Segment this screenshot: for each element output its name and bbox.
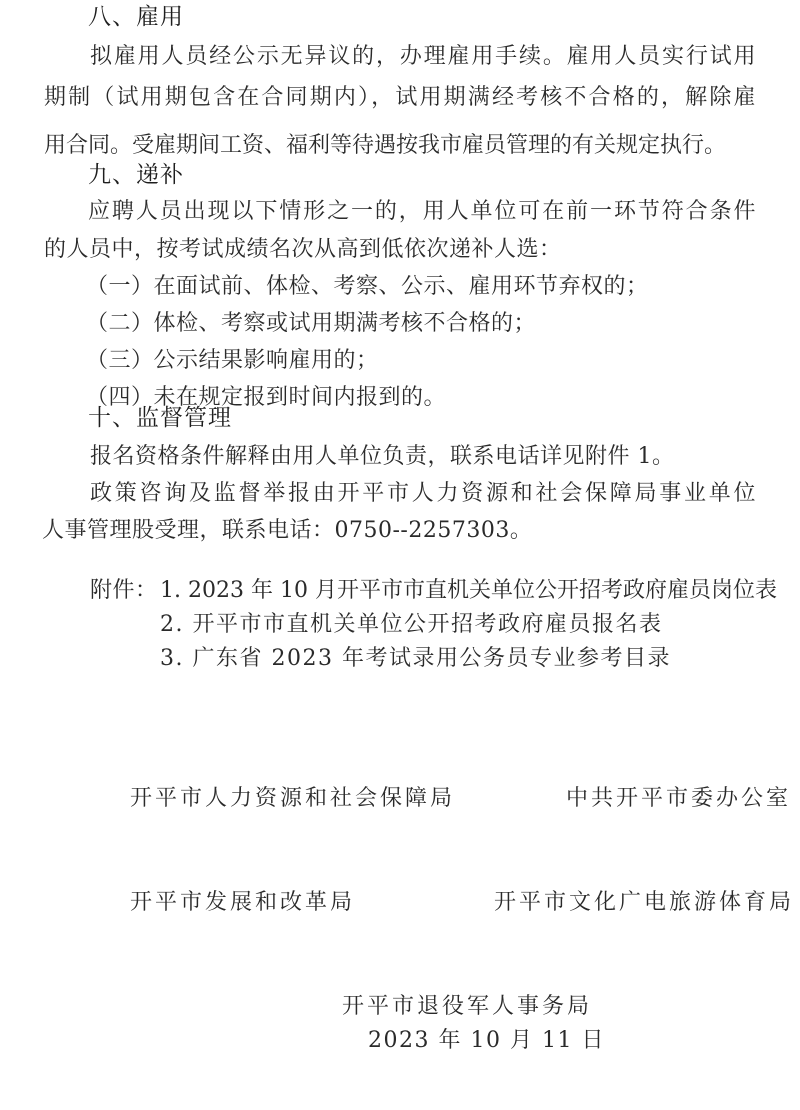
paragraph-line: 用合同。受雇期间工资、福利等待遇按我市雇员管理的有关规定执行。 [44,133,726,159]
paragraph-line: 人事管理股受理，联系电话：0750--2257303。 [42,518,532,544]
signatory-culture-tourism-bureau: 开平市文化广电旅游体育局 [494,890,794,916]
paragraph-line: 期制（试用期包含在合同期内），试用期满经考核不合格的，解除雇 [44,85,756,111]
attachment-item: 1. 2023 年 10 月开平市市直机关单位公开招考政府雇员岗位表 [160,578,777,604]
signatory-veterans-affairs-bureau: 开平市退役军人事务局 [342,994,592,1020]
paragraph-line: 报名资格条件解释由用人单位负责，联系电话详见附件 1。 [90,444,675,470]
section-heading-replacement: 九、递补 [88,162,184,188]
list-item: （二）体检、考察或试用期满考核不合格的； [86,311,536,337]
section-heading-employment: 八、雇用 [88,4,184,30]
paragraph-line: 应聘人员出现以下情形之一的，用人单位可在前一环节符合条件 [88,199,756,225]
signatory-hrss-bureau: 开平市人力资源和社会保障局 [130,786,455,812]
paragraph-line: 政策咨询及监督举报由开平市人力资源和社会保障局事业单位 [90,481,756,507]
list-item: （一）在面试前、体检、考察、公示、雇用环节弃权的； [86,274,649,300]
document-date: 2023 年 10 月 11 日 [368,1028,605,1054]
list-item: （三）公示结果影响雇用的； [86,348,379,374]
attachments-label: 附件： [90,578,158,604]
section-heading-supervision: 十、监督管理 [88,405,232,431]
paragraph-line: 的人员中，按考试成绩名次从高到低依次递补人选： [44,237,562,263]
attachment-item: 2. 开平市市直机关单位公开招考政府雇员报名表 [160,612,663,638]
paragraph-line: 拟雇用人员经公示无异议的，办理雇用手续。雇用人员实行试用 [44,44,756,70]
signatory-development-reform-bureau: 开平市发展和改革局 [130,890,355,916]
signatory-party-committee-office: 中共开平市委办公室 [566,786,791,812]
attachment-item: 3. 广东省 2023 年考试录用公务员专业参考目录 [160,646,671,672]
